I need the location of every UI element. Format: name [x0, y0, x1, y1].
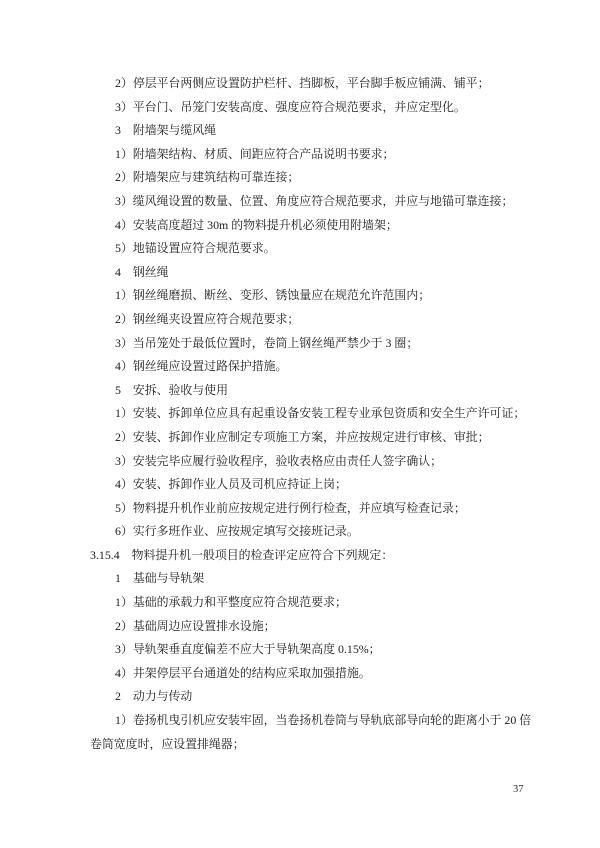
doc-line: 4）钢丝绳应设置过路保护措施。: [90, 355, 530, 379]
document-body: 2）停层平台两侧应设置防护栏杆、挡脚板，平台脚手板应铺满、铺平； 3）平台门、吊…: [90, 72, 530, 756]
doc-line: 3）导轨架垂直度偏差不应大于导轨架高度 0.15%；: [90, 638, 530, 662]
doc-line: 5）物料提升机作业前应按规定进行例行检查，并应填写检查记录；: [90, 497, 530, 521]
doc-line: 1）钢丝绳磨损、断丝、变形、锈蚀量应在规范允许范围内；: [90, 284, 530, 308]
doc-line: 1）卷扬机曳引机应安装牢固，当卷扬机卷筒与导轨底部导向轮的距离小于 20 倍: [90, 709, 530, 733]
doc-line: 卷筒宽度时，应设置排绳器；: [90, 733, 530, 757]
doc-line: 4）安装、拆卸作业人员及司机应持证上岗；: [90, 473, 530, 497]
doc-line: 2）安装、拆卸作业应制定专项施工方案，并应按规定进行审核、审批；: [90, 426, 530, 450]
doc-line: 5 安拆、验收与使用: [90, 379, 530, 403]
doc-line: 4 钢丝绳: [90, 261, 530, 285]
doc-line: 1）安装、拆卸单位应具有起重设备安装工程专业承包资质和安全生产许可证；: [90, 402, 530, 426]
doc-line: 3 附墙架与缆风绳: [90, 119, 530, 143]
doc-line: 2）基础周边应设置排水设施；: [90, 615, 530, 639]
doc-line: 2）停层平台两侧应设置防护栏杆、挡脚板，平台脚手板应铺满、铺平；: [90, 72, 530, 96]
doc-line: 5）地锚设置应符合规范要求。: [90, 237, 530, 261]
doc-line: 1）附墙架结构、材质、间距应符合产品说明书要求；: [90, 143, 530, 167]
page-number: 37: [513, 783, 524, 797]
doc-line: 2）附墙架应与建筑结构可靠连接；: [90, 166, 530, 190]
doc-line: 1）基础的承载力和平整度应符合规范要求；: [90, 591, 530, 615]
document-page: 2）停层平台两侧应设置防护栏杆、挡脚板，平台脚手板应铺满、铺平； 3）平台门、吊…: [0, 0, 600, 848]
doc-line: 2）钢丝绳夹设置应符合规范要求；: [90, 308, 530, 332]
doc-line: 4）安装高度超过 30m 的物料提升机必须使用附墙架；: [90, 214, 530, 238]
doc-line: 4）井架停层平台通道处的结构应采取加强措施。: [90, 662, 530, 686]
doc-line: 3）平台门、吊笼门安装高度、强度应符合规范要求，并应定型化。: [90, 96, 530, 120]
doc-line: 6）实行多班作业、应按规定填写交接班记录。: [90, 520, 530, 544]
doc-section-heading: 3.15.4 物料提升机一般项目的检查评定应符合下列规定：: [90, 544, 530, 568]
doc-line: 3）当吊笼处于最低位置时，卷筒上钢丝绳严禁少于 3 圈；: [90, 332, 530, 356]
doc-line: 3）安装完毕应履行验收程序，验收表格应由责任人签字确认；: [90, 450, 530, 474]
doc-line: 3）缆风绳设置的数量、位置、角度应符合规范要求，并应与地锚可靠连接；: [90, 190, 530, 214]
doc-line: 2 动力与传动: [90, 685, 530, 709]
doc-line: 1 基础与导轨架: [90, 567, 530, 591]
